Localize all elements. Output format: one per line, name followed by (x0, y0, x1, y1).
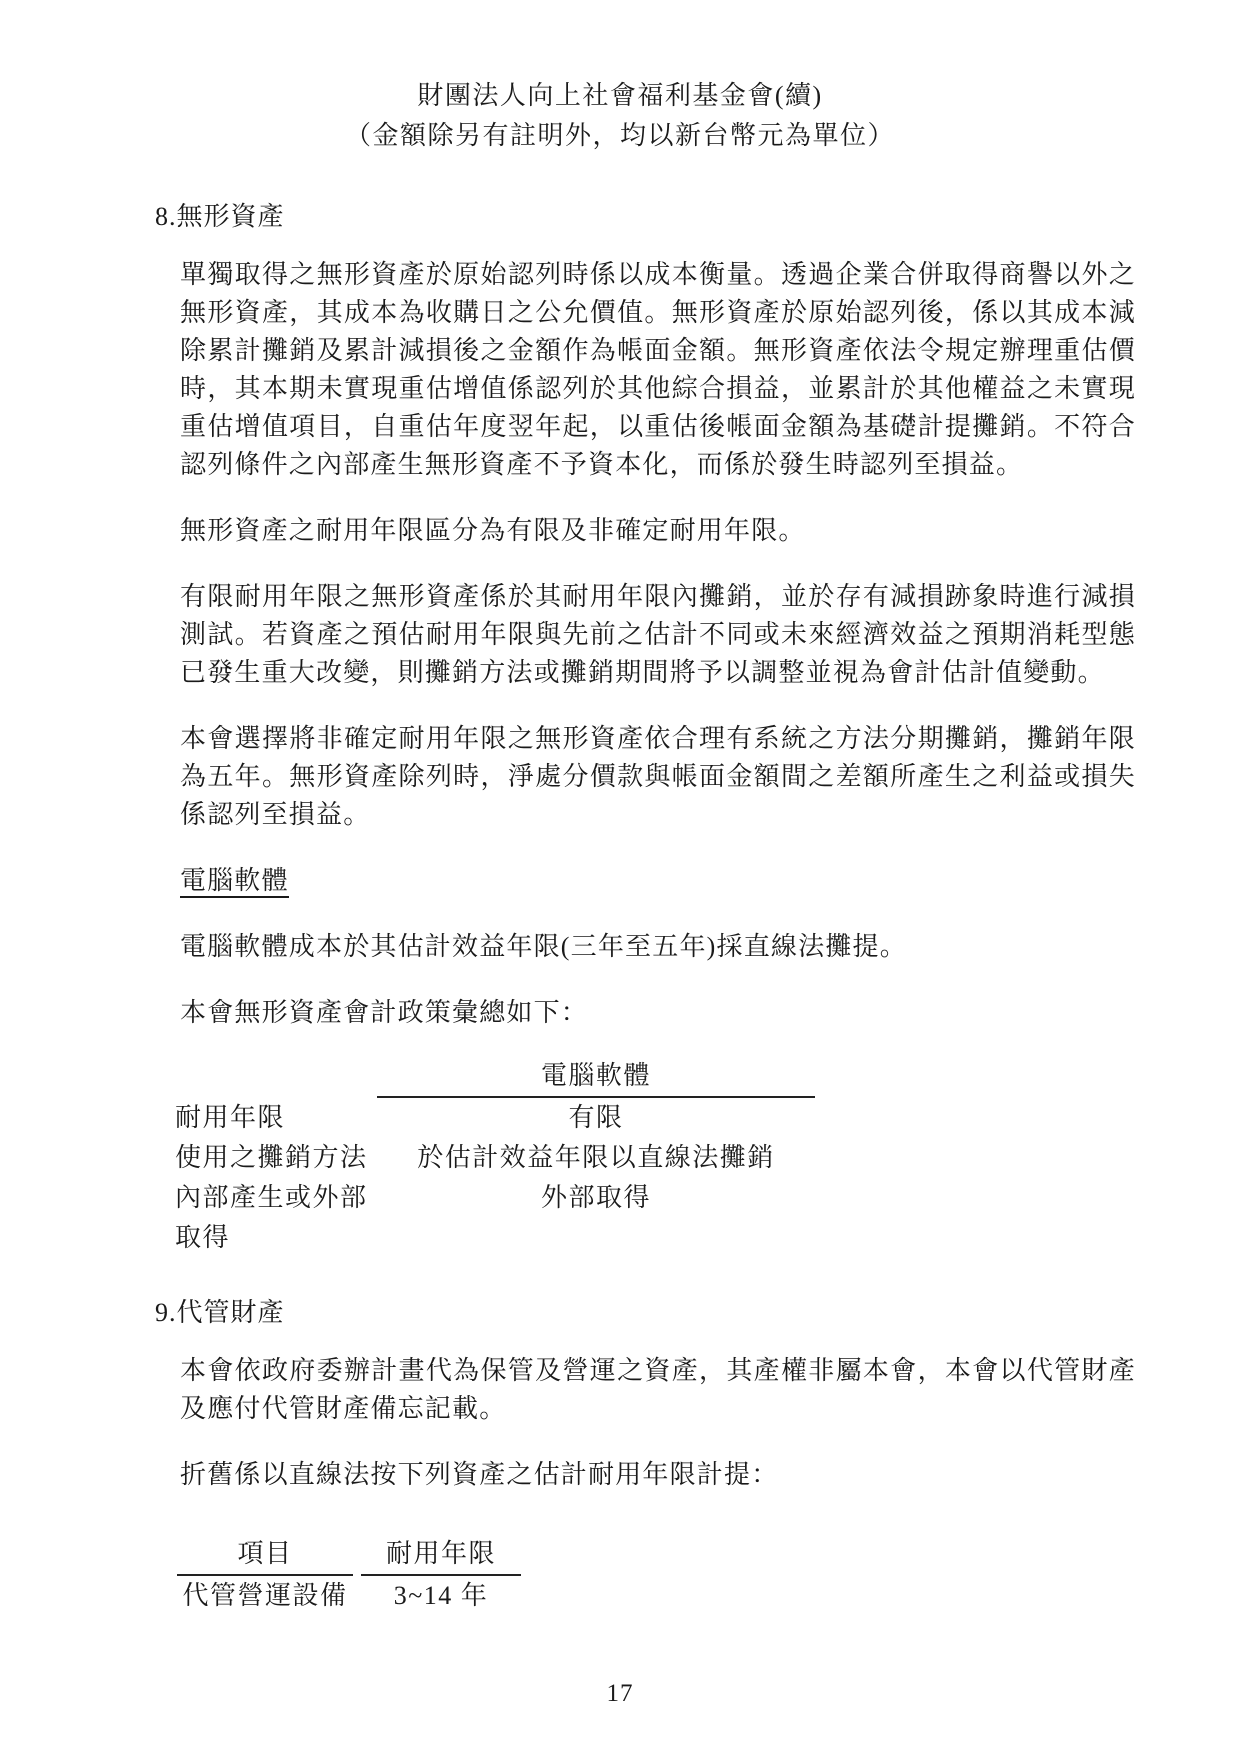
policy-intro-paragraph: 本會無形資產會計政策彙總如下： (180, 994, 1136, 1032)
life-table-column-gap (353, 1534, 361, 1576)
life-table-item-header: 項目 (177, 1534, 353, 1576)
document-page: 財團法人向上社會福利基金會(續) （金額除另有註明外，均以新台幣元為單位） 8.… (0, 0, 1240, 1754)
computer-software-subheading: 電腦軟體 (180, 862, 1240, 900)
intangible-asset-policy-table: 電腦軟體 耐用年限 有限 使用之攤銷方法 於估計效益年限以直線法攤銷 內部產生或… (175, 1056, 1240, 1258)
policy-table-header-row: 電腦軟體 (175, 1056, 1240, 1098)
section-8-paragraph-1: 單獨取得之無形資產於原始認列時係以成本衡量。透過企業合併取得商譽以外之無形資產，… (180, 256, 1136, 484)
document-header: 財團法人向上社會福利基金會(續) （金額除另有註明外，均以新台幣元為單位） (0, 0, 1240, 156)
page-subtitle: （金額除另有註明外，均以新台幣元為單位） (0, 116, 1240, 156)
section-8-paragraph-3: 有限耐用年限之無形資產係於其耐用年限內攤銷，並於存有減損跡象時進行減損測試。若資… (180, 578, 1136, 692)
section-9-paragraph-1: 本會依政府委辦計畫代為保管及營運之資產，其產權非屬本會，本會以代管財產及應付代管… (180, 1352, 1136, 1428)
policy-row-value: 有限 (377, 1098, 815, 1138)
section-9-heading: 9.代管財產 (155, 1294, 1240, 1332)
table-row: 代管營運設備 3~14 年 (177, 1576, 1240, 1616)
table-row: 耐用年限 有限 (175, 1098, 1240, 1138)
section-8-paragraph-4: 本會選擇將非確定耐用年限之無形資產依合理有系統之方法分期攤銷，攤銷年限為五年。無… (180, 720, 1136, 834)
policy-table-header-spacer (175, 1056, 377, 1098)
life-row-life: 3~14 年 (361, 1576, 521, 1616)
page-number: 17 (0, 1680, 1240, 1708)
policy-row-label: 使用之攤銷方法 (175, 1138, 377, 1178)
section-8-paragraph-2: 無形資產之耐用年限區分為有限及非確定耐用年限。 (180, 512, 1136, 550)
computer-software-subheading-text: 電腦軟體 (180, 866, 289, 898)
policy-row-label: 內部產生或外部取得 (175, 1178, 377, 1258)
section-9-paragraph-2: 折舊係以直線法按下列資產之估計耐用年限計提： (180, 1456, 1136, 1494)
useful-life-table: 項目 耐用年限 代管營運設備 3~14 年 (177, 1534, 1240, 1616)
page-title: 財團法人向上社會福利基金會(續) (0, 76, 1240, 116)
policy-row-label: 耐用年限 (175, 1098, 377, 1138)
life-table-life-header: 耐用年限 (361, 1534, 521, 1576)
table-row: 使用之攤銷方法 於估計效益年限以直線法攤銷 (175, 1138, 1240, 1178)
life-table-header-row: 項目 耐用年限 (177, 1534, 1240, 1576)
computer-software-paragraph: 電腦軟體成本於其估計效益年限(三年至五年)採直線法攤提。 (180, 928, 1136, 966)
policy-row-value: 外部取得 (377, 1178, 815, 1258)
policy-row-value: 於估計效益年限以直線法攤銷 (377, 1138, 815, 1178)
life-row-item: 代管營運設備 (177, 1576, 353, 1616)
policy-table-column-header: 電腦軟體 (377, 1056, 815, 1098)
life-table-column-gap (353, 1576, 361, 1616)
section-8-heading: 8.無形資產 (155, 198, 1240, 236)
table-row: 內部產生或外部取得 外部取得 (175, 1178, 1240, 1258)
